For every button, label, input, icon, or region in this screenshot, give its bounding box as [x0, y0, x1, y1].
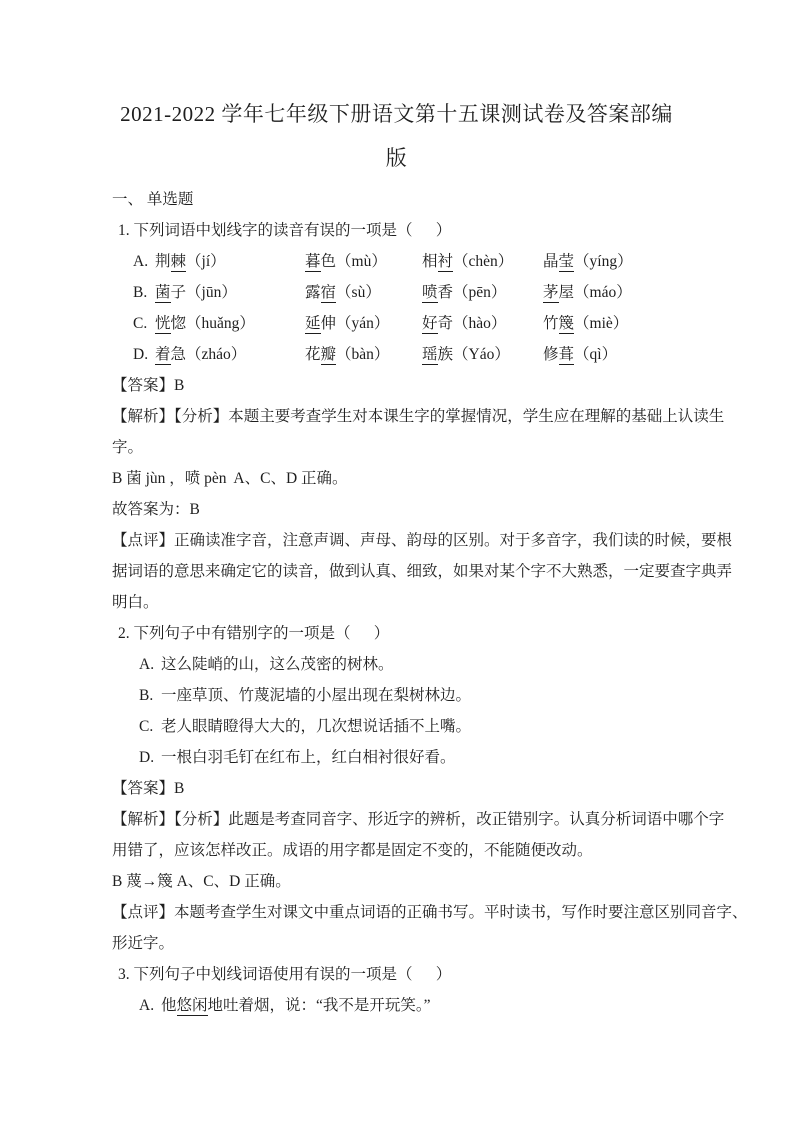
word: 菌子（jūn）: [155, 277, 305, 308]
word-pre: 竹: [543, 315, 559, 332]
q1-explanation-line: B 菌 jùn ，喷 pèn A、C、D 正确。: [112, 463, 775, 494]
word: 茅屋（máo）: [543, 277, 775, 308]
word-post: 急（zháo）: [171, 346, 247, 363]
option-label: D.: [139, 742, 161, 773]
word-post: 族（Yáo）: [438, 346, 510, 363]
option-label: B.: [133, 277, 155, 308]
question-1-stem: 1. 下列词语中划线字的读音有误的一项是（ ）: [118, 215, 775, 246]
section-heading: 一、 单选题: [112, 184, 775, 215]
word-underlined: 好: [422, 315, 438, 334]
word-underlined: 着: [155, 346, 171, 365]
option-underlined: 悠闲: [177, 997, 208, 1016]
option-text: 老人眼睛瞪得大大的，几次想说话插不上嘴。: [161, 718, 471, 735]
word-post: （sù）: [336, 284, 381, 301]
option-post: 地吐着烟，说：“我不是开玩笑。”: [208, 997, 431, 1014]
q2-explanation-line: 用错了，应该怎样改正。成语的用字都是固定不变的，不能随便改动。: [112, 835, 775, 866]
word-underlined: 瑶: [422, 346, 438, 365]
document-title: 2021-2022 学年七年级下册语文第十五课测试卷及答案部编 版: [0, 0, 793, 180]
word-post: （miè）: [574, 315, 628, 332]
word-post: 奇（hào）: [438, 315, 507, 332]
title-line-2: 版: [0, 136, 793, 180]
word: 竹篾（miè）: [543, 308, 775, 339]
q2-answer: 【答案】B: [112, 773, 775, 804]
word-underlined: 莹: [559, 253, 575, 272]
option-label: A.: [133, 246, 155, 277]
word-pre: 花: [305, 346, 321, 363]
option-text: 这么陡峭的山，这么茂密的树林。: [161, 656, 394, 673]
word-pre: 晶: [543, 253, 559, 270]
word-underlined: 菌: [155, 284, 171, 303]
q2-option-c: C.老人眼睛瞪得大大的，几次想说话插不上嘴。: [139, 711, 775, 742]
word-post: 子（jūn）: [171, 284, 237, 301]
option-text: 一根白羽毛钉在红布上，红白相衬很好看。: [161, 749, 456, 766]
word: 恍惚（huǎng）: [155, 308, 305, 339]
word: 延伸（yán）: [305, 308, 422, 339]
word-underlined: 棘: [171, 253, 187, 272]
word-underlined: 葺: [559, 346, 575, 365]
document-page: 2021-2022 学年七年级下册语文第十五课测试卷及答案部编 版 一、 单选题…: [0, 0, 793, 1122]
word-post: （bàn）: [336, 346, 389, 363]
q1-explanation-line: 明白。: [112, 587, 775, 618]
document-body: 一、 单选题 1. 下列词语中划线字的读音有误的一项是（ ） A. 荆棘（jí）…: [112, 184, 775, 1021]
q2-explanation-line: 形近字。: [112, 928, 775, 959]
word: 花瓣（bàn）: [305, 339, 422, 370]
option-label: D.: [133, 339, 155, 370]
q1-explanation-line: 故答案为：B: [112, 494, 775, 525]
word: 暮色（mù）: [305, 246, 422, 277]
word-pre: 相: [422, 253, 438, 270]
question-3-stem: 3. 下列句子中划线词语使用有误的一项是（ ）: [118, 959, 775, 990]
question-2-stem: 2. 下列句子中有错别字的一项是（ ）: [118, 618, 775, 649]
q1-option-a: A. 荆棘（jí） 暮色（mù） 相衬（chèn） 晶莹（yíng）: [133, 246, 775, 277]
q1-explanation-line: 字。: [112, 432, 775, 463]
option-text: 一座草顶、竹蔑泥墙的小屋出现在梨树林边。: [161, 687, 471, 704]
word: 喷香（pēn）: [422, 277, 543, 308]
q2-explanation-line: 【点评】本题考查学生对课文中重点词语的正确书写。平时读书，写作时要注意区别同音字…: [112, 897, 775, 928]
word: 好奇（hào）: [422, 308, 543, 339]
word-underlined: 衬: [438, 253, 454, 272]
title-line-1: 2021-2022 学年七年级下册语文第十五课测试卷及答案部编: [0, 92, 793, 136]
q2-option-d: D.一根白羽毛钉在红布上，红白相衬很好看。: [139, 742, 775, 773]
word: 露宿（sù）: [305, 277, 422, 308]
word-post: 色（mù）: [321, 253, 387, 270]
option-label: C.: [139, 711, 161, 742]
word-post: 惚（huǎng）: [171, 315, 255, 332]
word-post: （yíng）: [574, 253, 633, 270]
q1-option-b: B. 菌子（jūn） 露宿（sù） 喷香（pēn） 茅屋（máo）: [133, 277, 775, 308]
word: 瑶族（Yáo）: [422, 339, 543, 370]
q1-answer: 【答案】B: [112, 370, 775, 401]
word: 修葺（qì）: [543, 339, 775, 370]
q3-option-a: A.他悠闲地吐着烟，说：“我不是开玩笑。”: [139, 990, 775, 1021]
option-pre: 他: [161, 997, 177, 1014]
q2-explanation-line: B 蔑→篾 A、C、D 正确。: [112, 866, 775, 897]
q2-explanation-line: 【解析】【分析】此题是考查同音字、形近字的辨析，改正错别字。认真分析词语中哪个字: [112, 804, 775, 835]
q1-explanation-line: 【解析】【分析】本题主要考查学生对本课生字的掌握情况，学生应在理解的基础上认读生: [112, 401, 775, 432]
word-underlined: 瓣: [321, 346, 337, 365]
q1-option-c: C. 恍惚（huǎng） 延伸（yán） 好奇（hào） 竹篾（miè）: [133, 308, 775, 339]
word-post: 香（pēn）: [438, 284, 507, 301]
word-pre: 荆: [155, 253, 171, 270]
word-pre: 露: [305, 284, 321, 301]
q1-explanation-line: 【点评】正确读准字音，注意声调、声母、韵母的区别。对于多音字，我们读的时候，要根: [112, 525, 775, 556]
word: 着急（zháo）: [155, 339, 305, 370]
option-label: A.: [139, 649, 161, 680]
word-post: 伸（yán）: [321, 315, 390, 332]
word-underlined: 宿: [321, 284, 337, 303]
word-underlined: 喷: [422, 284, 438, 303]
option-label: C.: [133, 308, 155, 339]
option-label: A.: [139, 990, 161, 1021]
word-pre: 修: [543, 346, 559, 363]
word-post: （jí）: [186, 253, 226, 270]
word-underlined: 篾: [559, 315, 575, 334]
q1-explanation-line: 据词语的意思来确定它的读音，做到认真、细致，如果对某个字不大熟悉，一定要查字典弄: [112, 556, 775, 587]
q1-option-d: D. 着急（zháo） 花瓣（bàn） 瑶族（Yáo） 修葺（qì）: [133, 339, 775, 370]
word-underlined: 茅: [543, 284, 559, 303]
word-post: （chèn）: [453, 253, 513, 270]
q2-option-b: B.一座草顶、竹蔑泥墙的小屋出现在梨树林边。: [139, 680, 775, 711]
word-post: （qì）: [574, 346, 617, 363]
word-underlined: 延: [305, 315, 321, 334]
word-underlined: 恍: [155, 315, 171, 334]
word: 晶莹（yíng）: [543, 246, 775, 277]
word: 荆棘（jí）: [155, 246, 305, 277]
word-post: 屋（máo）: [559, 284, 632, 301]
word: 相衬（chèn）: [422, 246, 543, 277]
q2-option-a: A.这么陡峭的山，这么茂密的树林。: [139, 649, 775, 680]
word-underlined: 暮: [305, 253, 321, 272]
option-label: B.: [139, 680, 161, 711]
